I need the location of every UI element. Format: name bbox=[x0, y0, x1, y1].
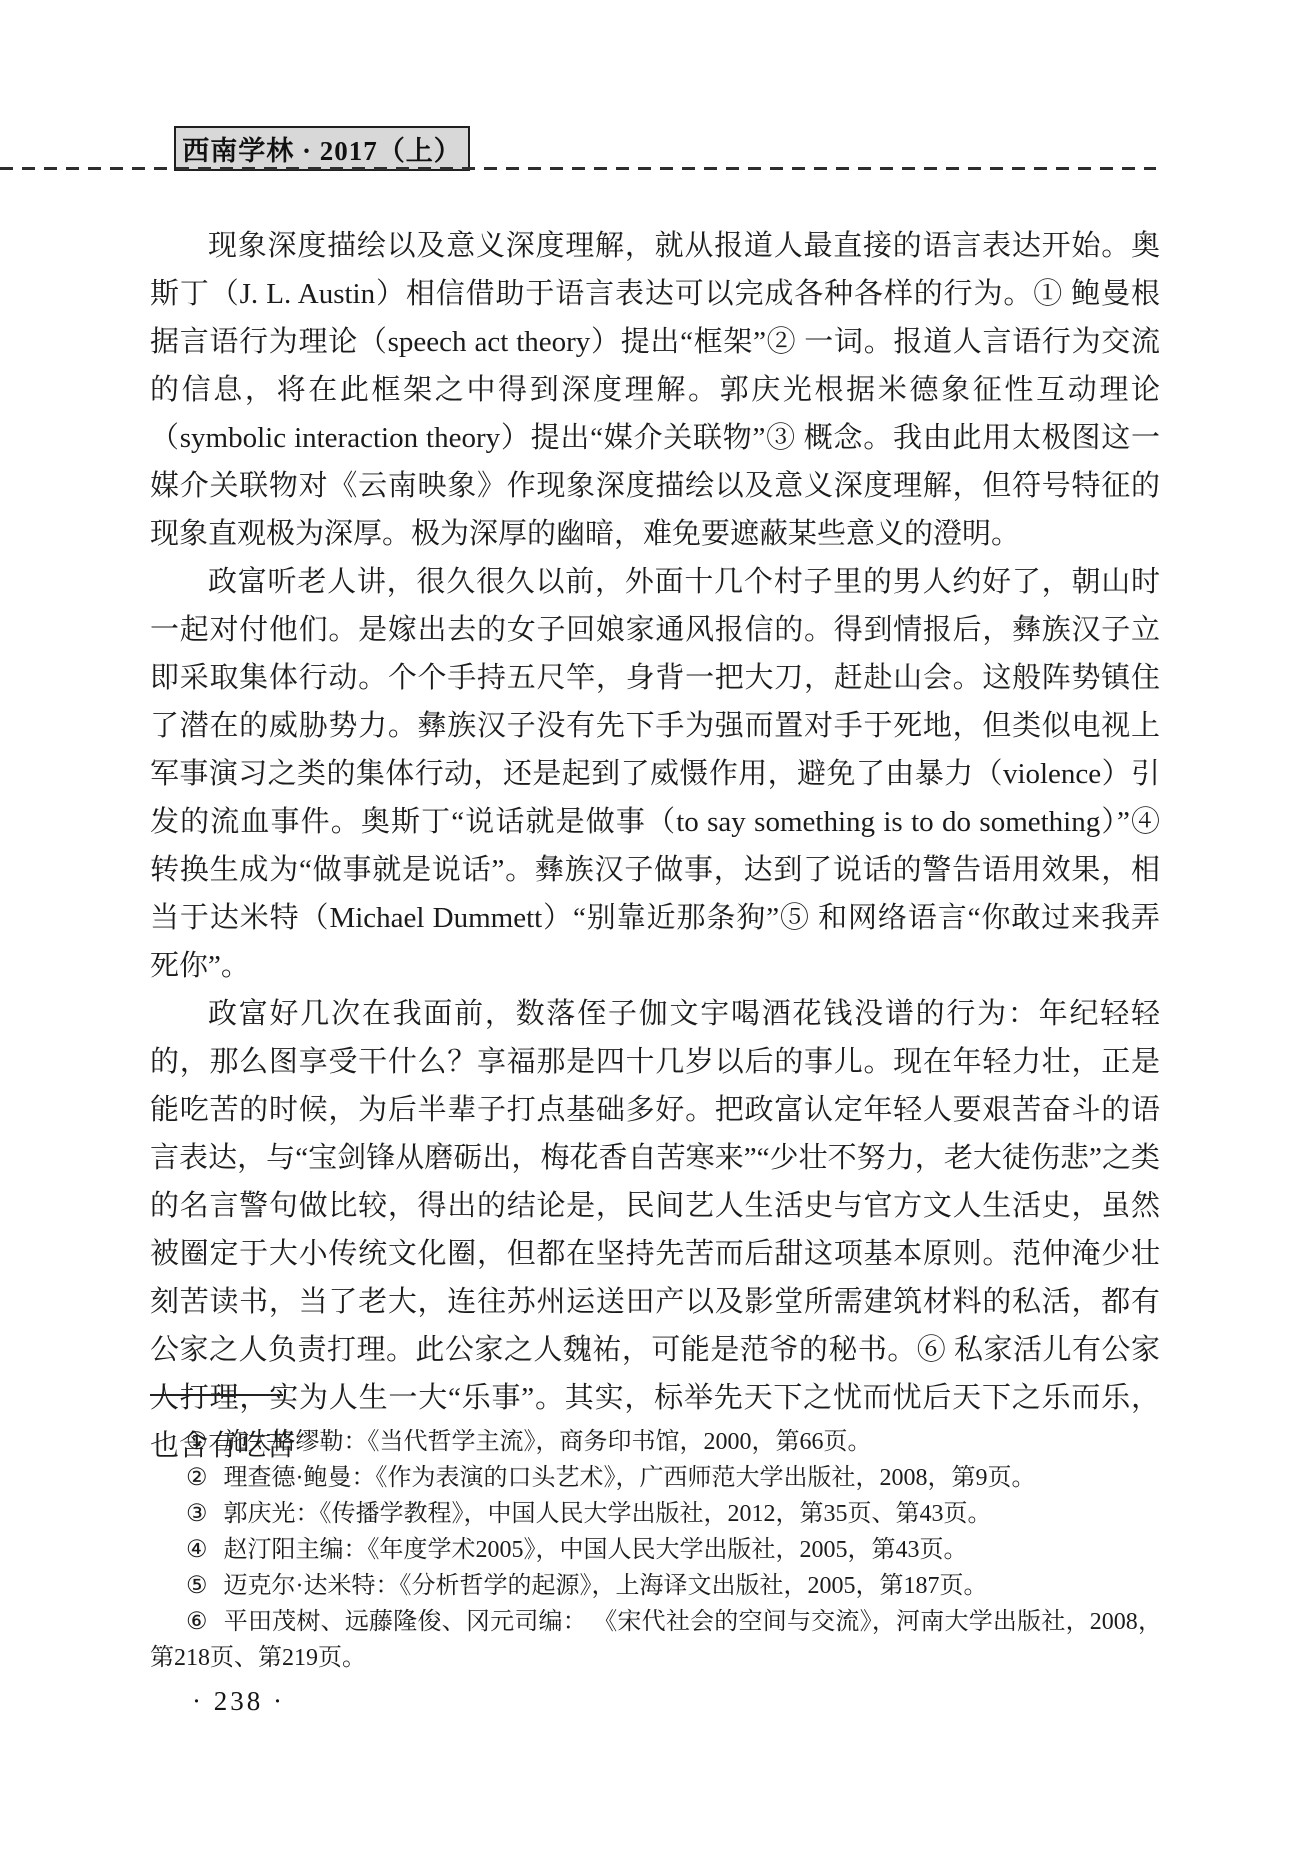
footnote-item: ③郭庆光：《传播学教程》，中国人民大学出版社，2012，第35页、第43页。 bbox=[150, 1496, 1162, 1532]
running-head-box: 西南学林 · 2017（上） bbox=[174, 126, 470, 171]
journal-title: 西南学林 · 2017（上） bbox=[182, 129, 462, 168]
footnotes-block: ①施太格缪勒：《当代哲学主流》，商务印书馆，2000，第66页。②理查德·鲍曼：… bbox=[150, 1424, 1162, 1676]
footnote-text: 郭庆光：《传播学教程》，中国人民大学出版社，2012，第35页、第43页。 bbox=[224, 1501, 992, 1527]
footnote-item: ⑥平田茂树、远藤隆俊、冈元司编： 《宋代社会的空间与交流》，河南大学出版社，20… bbox=[150, 1604, 1162, 1676]
book-page: 西南学林 · 2017（上） 现象深度描绘以及意义深度理解，就从报道人最直接的语… bbox=[0, 0, 1307, 1859]
footnote-text: 施太格缪勒：《当代哲学主流》，商务印书馆，2000，第66页。 bbox=[224, 1429, 872, 1455]
footnote-separator-rule bbox=[150, 1394, 283, 1396]
footnote-marker: ⑥ bbox=[186, 1609, 208, 1635]
page-number: · 238 · bbox=[192, 1686, 285, 1717]
footnote-item: ①施太格缪勒：《当代哲学主流》，商务印书馆，2000，第66页。 bbox=[150, 1424, 1162, 1460]
footnote-text: 平田茂树、远藤隆俊、冈元司编： 《宋代社会的空间与交流》，河南大学出版社，200… bbox=[150, 1609, 1162, 1671]
paragraph: 政富好几次在我面前，数落侄子伽文宇喝酒花钱没谱的行为：年纪轻轻的，那么图享受干什… bbox=[150, 990, 1160, 1470]
footnote-text: 迈克尔·达米特：《分析哲学的起源》，上海译文出版社，2005，第187页。 bbox=[224, 1573, 988, 1599]
footnote-item: ⑤迈克尔·达米特：《分析哲学的起源》，上海译文出版社，2005，第187页。 bbox=[150, 1568, 1162, 1604]
paragraph: 政富听老人讲，很久很久以前，外面十几个村子里的男人约好了，朝山时一起对付他们。是… bbox=[150, 558, 1160, 990]
header-dashed-rule bbox=[0, 167, 1156, 170]
body-text: 现象深度描绘以及意义深度理解，就从报道人最直接的语言表达开始。奥斯丁（J. L.… bbox=[150, 222, 1160, 1470]
footnote-item: ②理查德·鲍曼：《作为表演的口头艺术》，广西师范大学出版社，2008，第9页。 bbox=[150, 1460, 1162, 1496]
footnote-marker: ② bbox=[186, 1465, 208, 1491]
footnote-marker: ① bbox=[186, 1429, 208, 1455]
footnote-text: 理查德·鲍曼：《作为表演的口头艺术》，广西师范大学出版社，2008，第9页。 bbox=[224, 1465, 1036, 1491]
footnote-marker: ③ bbox=[186, 1501, 208, 1527]
footnote-marker: ④ bbox=[186, 1537, 208, 1563]
footnote-marker: ⑤ bbox=[186, 1573, 208, 1599]
paragraph: 现象深度描绘以及意义深度理解，就从报道人最直接的语言表达开始。奥斯丁（J. L.… bbox=[150, 222, 1160, 558]
footnote-item: ④赵汀阳主编：《年度学术2005》，中国人民大学出版社，2005，第43页。 bbox=[150, 1532, 1162, 1568]
footnote-text: 赵汀阳主编：《年度学术2005》，中国人民大学出版社，2005，第43页。 bbox=[224, 1537, 968, 1563]
